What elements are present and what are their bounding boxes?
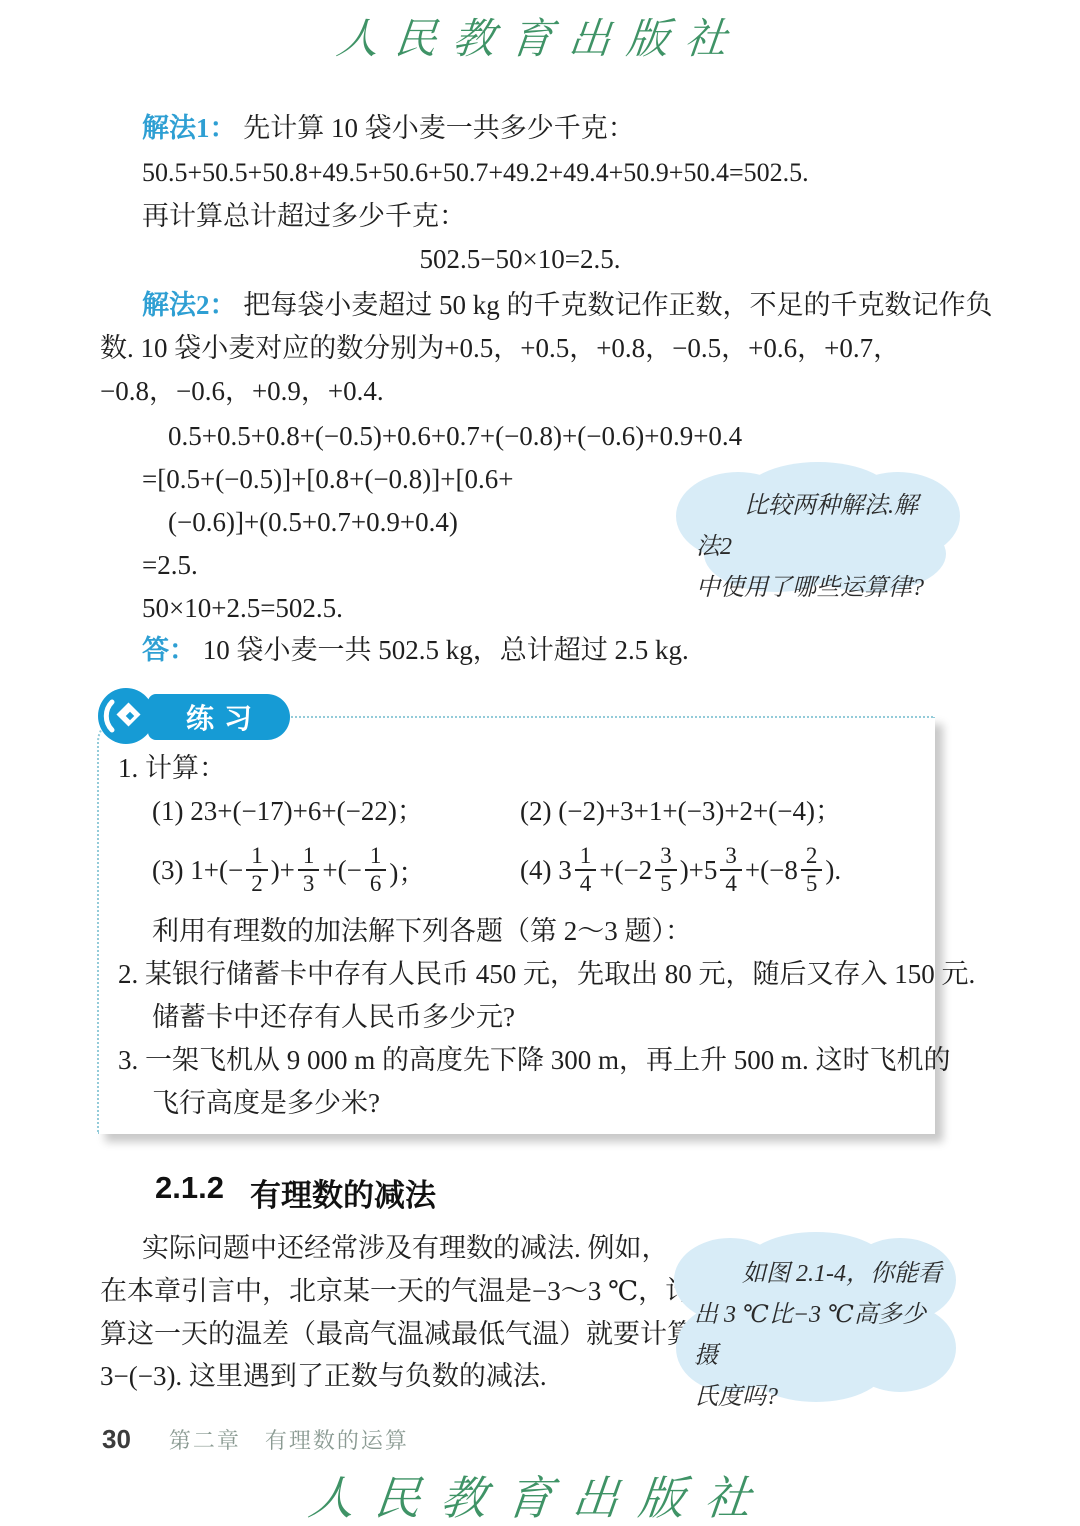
numerator: 2 <box>801 843 823 871</box>
numerator: 1 <box>246 843 268 871</box>
item2-number: 2. <box>118 959 138 989</box>
item2-text1: 某银行储蓄卡中存有人民币 450 元，先取出 80 元，随后又存入 150 元. <box>145 959 975 989</box>
denominator: 2 <box>246 871 268 897</box>
denominator: 6 <box>365 871 387 897</box>
publisher-watermark-bottom: 人民教育出版社 <box>0 1462 1080 1526</box>
fraction: 25 <box>801 843 823 898</box>
practice-item1: 1. 计算： <box>118 752 226 786</box>
bubble1-line1: 比较两种解法.解法2 <box>696 486 941 568</box>
solution2-line3: −0.8，−0.6，+0.9，+0.4. <box>100 375 384 409</box>
solution1-label: 解法1： <box>142 113 237 143</box>
expr-token: )+5 <box>680 855 718 886</box>
item3-number: 3. <box>118 1045 138 1075</box>
numerator: 3 <box>720 843 742 871</box>
page-number: 30 <box>102 1424 131 1455</box>
section-number: 2.1.2 <box>155 1170 224 1215</box>
bubble2-line1: 如图 2.1-4，你能看 <box>694 1254 944 1295</box>
fraction: 16 <box>365 843 387 898</box>
practice-q1: (1) 23+(−17)+6+(−22)； <box>152 795 424 829</box>
practice-item3-line1: 3. 一架飞机从 9 000 m 的高度先下降 300 m，再上升 500 m.… <box>118 1044 951 1078</box>
fraction: 35 <box>655 843 677 898</box>
expr-token: )； <box>389 851 425 890</box>
numerator: 3 <box>655 843 677 871</box>
section-title: 有理数的减法 <box>250 1170 436 1215</box>
publisher-watermark-top: 人民教育出版社 <box>0 6 1080 66</box>
solution2-eq2: =[0.5+(−0.5)]+[0.8+(−0.8)]+[0.6+ <box>142 463 514 497</box>
expr-token: (3) 1+(− <box>152 855 243 886</box>
solution1-intro-line: 解法1： 先计算 10 袋小麦一共多少千克： <box>142 112 635 146</box>
practice-title-badge: 练习 <box>148 694 290 740</box>
expr-token: +(− <box>322 855 361 886</box>
solution2-eq4: =2.5. <box>142 549 198 583</box>
thought-bubble-temperature: 如图 2.1-4，你能看 出 3 ℃比−3 ℃高多少摄 氏度吗? <box>668 1228 963 1406</box>
bubble1-line2: 中使用了哪些运算律? <box>696 568 941 609</box>
expr-token: ). <box>825 855 841 886</box>
solution2-eq5: 50×10+2.5=502.5. <box>142 592 343 626</box>
solution1-centered-equation: 502.5−50×10=2.5. <box>100 243 940 277</box>
solution2-eq1: 0.5+0.5+0.8+(−0.5)+0.6+0.7+(−0.8)+(−0.6)… <box>168 420 742 454</box>
solution1-intro: 先计算 10 袋小麦一共多少千克： <box>243 113 635 143</box>
bubble2-line3: 氏度吗? <box>694 1377 944 1418</box>
section-heading: 2.1.2 有理数的减法 <box>155 1170 436 1215</box>
bubble2-line2: 出 3 ℃比−3 ℃高多少摄 <box>694 1295 944 1377</box>
denominator: 4 <box>575 871 597 897</box>
denominator: 5 <box>801 871 823 897</box>
practice-q3-expression: (3) 1+(− 12 )+ 13 +(− 16 )； <box>152 840 425 900</box>
answer-line: 答： 10 袋小麦一共 502.5 kg，总计超过 2.5 kg. <box>142 634 689 668</box>
expr-token: (4) 3 <box>520 855 572 886</box>
solution1-then-line: 再计算总计超过多少千克： <box>142 200 466 234</box>
solution2-line2: 数. 10 袋小麦对应的数分别为+0.5，+0.5，+0.8，−0.5，+0.6… <box>100 332 900 366</box>
fraction: 34 <box>720 843 742 898</box>
solution1-sum-equation: 50.5+50.5+50.8+49.5+50.6+50.7+49.2+49.4+… <box>142 157 809 190</box>
section-para-line1: 实际问题中还经常涉及有理数的减法. 例如， <box>142 1232 669 1266</box>
item1-text: 计算： <box>145 753 226 783</box>
fraction: 12 <box>246 843 268 898</box>
expr-token: )+ <box>271 855 295 886</box>
section-para-line3: 算这一天的温差（最高气温减最低气温）就要计算 <box>100 1318 694 1352</box>
numerator: 1 <box>298 843 320 871</box>
practice-q4-expression: (4) 3 14 +(−2 35 )+5 34 +(−8 25 ). <box>520 840 841 900</box>
fraction: 13 <box>298 843 320 898</box>
expr-token: +(−8 <box>745 855 798 886</box>
solution2-label: 解法2： <box>142 290 237 320</box>
practice-q2: (2) (−2)+3+1+(−3)+2+(−4)； <box>520 795 842 829</box>
numerator: 1 <box>365 843 387 871</box>
practice-badge-icon <box>96 686 156 746</box>
item3-text1: 一架飞机从 9 000 m 的高度先下降 300 m，再上升 500 m. 这时… <box>145 1045 951 1075</box>
fraction: 14 <box>575 843 597 898</box>
chapter-title: 第二章 有理数的运算 <box>169 1424 409 1455</box>
solution2-text1: 把每袋小麦超过 50 kg 的千克数记作正数，不足的千克数记作负 <box>243 290 992 320</box>
denominator: 3 <box>298 871 320 897</box>
practice-item3-line2: 飞行高度是多少米? <box>152 1087 380 1121</box>
practice-item2-line1: 2. 某银行储蓄卡中存有人民币 450 元，先取出 80 元，随后又存入 150… <box>118 958 975 992</box>
denominator: 5 <box>655 871 677 897</box>
textbook-page: { "page": { "watermark_top": "人民教育出版社", … <box>0 0 1080 1526</box>
answer-text: 10 袋小麦一共 502.5 kg，总计超过 2.5 kg. <box>203 635 689 665</box>
solution2-line1: 解法2： 把每袋小麦超过 50 kg 的千克数记作正数，不足的千克数记作负 <box>142 289 993 323</box>
practice-item2-line2: 储蓄卡中还存有人民币多少元? <box>152 1001 515 1035</box>
page-footer: 30 第二章 有理数的运算 <box>102 1424 409 1455</box>
section-para-line4: 3−(−3). 这里遇到了正数与负数的减法. <box>100 1360 547 1394</box>
denominator: 4 <box>720 871 742 897</box>
expr-token: +(−2 <box>599 855 652 886</box>
item1-number: 1. <box>118 753 138 783</box>
answer-label: 答： <box>142 635 196 665</box>
numerator: 1 <box>575 843 597 871</box>
solution2-eq3: (−0.6)]+(0.5+0.7+0.9+0.4) <box>168 506 458 540</box>
section-para-line2: 在本章引言中，北京某一天的气温是−3～3 ℃，计 <box>100 1275 692 1309</box>
practice-hint: 利用有理数的加法解下列各题（第 2～3 题）： <box>152 915 692 949</box>
thought-bubble-compare-methods: 比较两种解法.解法2 中使用了哪些运算律? <box>666 458 966 598</box>
